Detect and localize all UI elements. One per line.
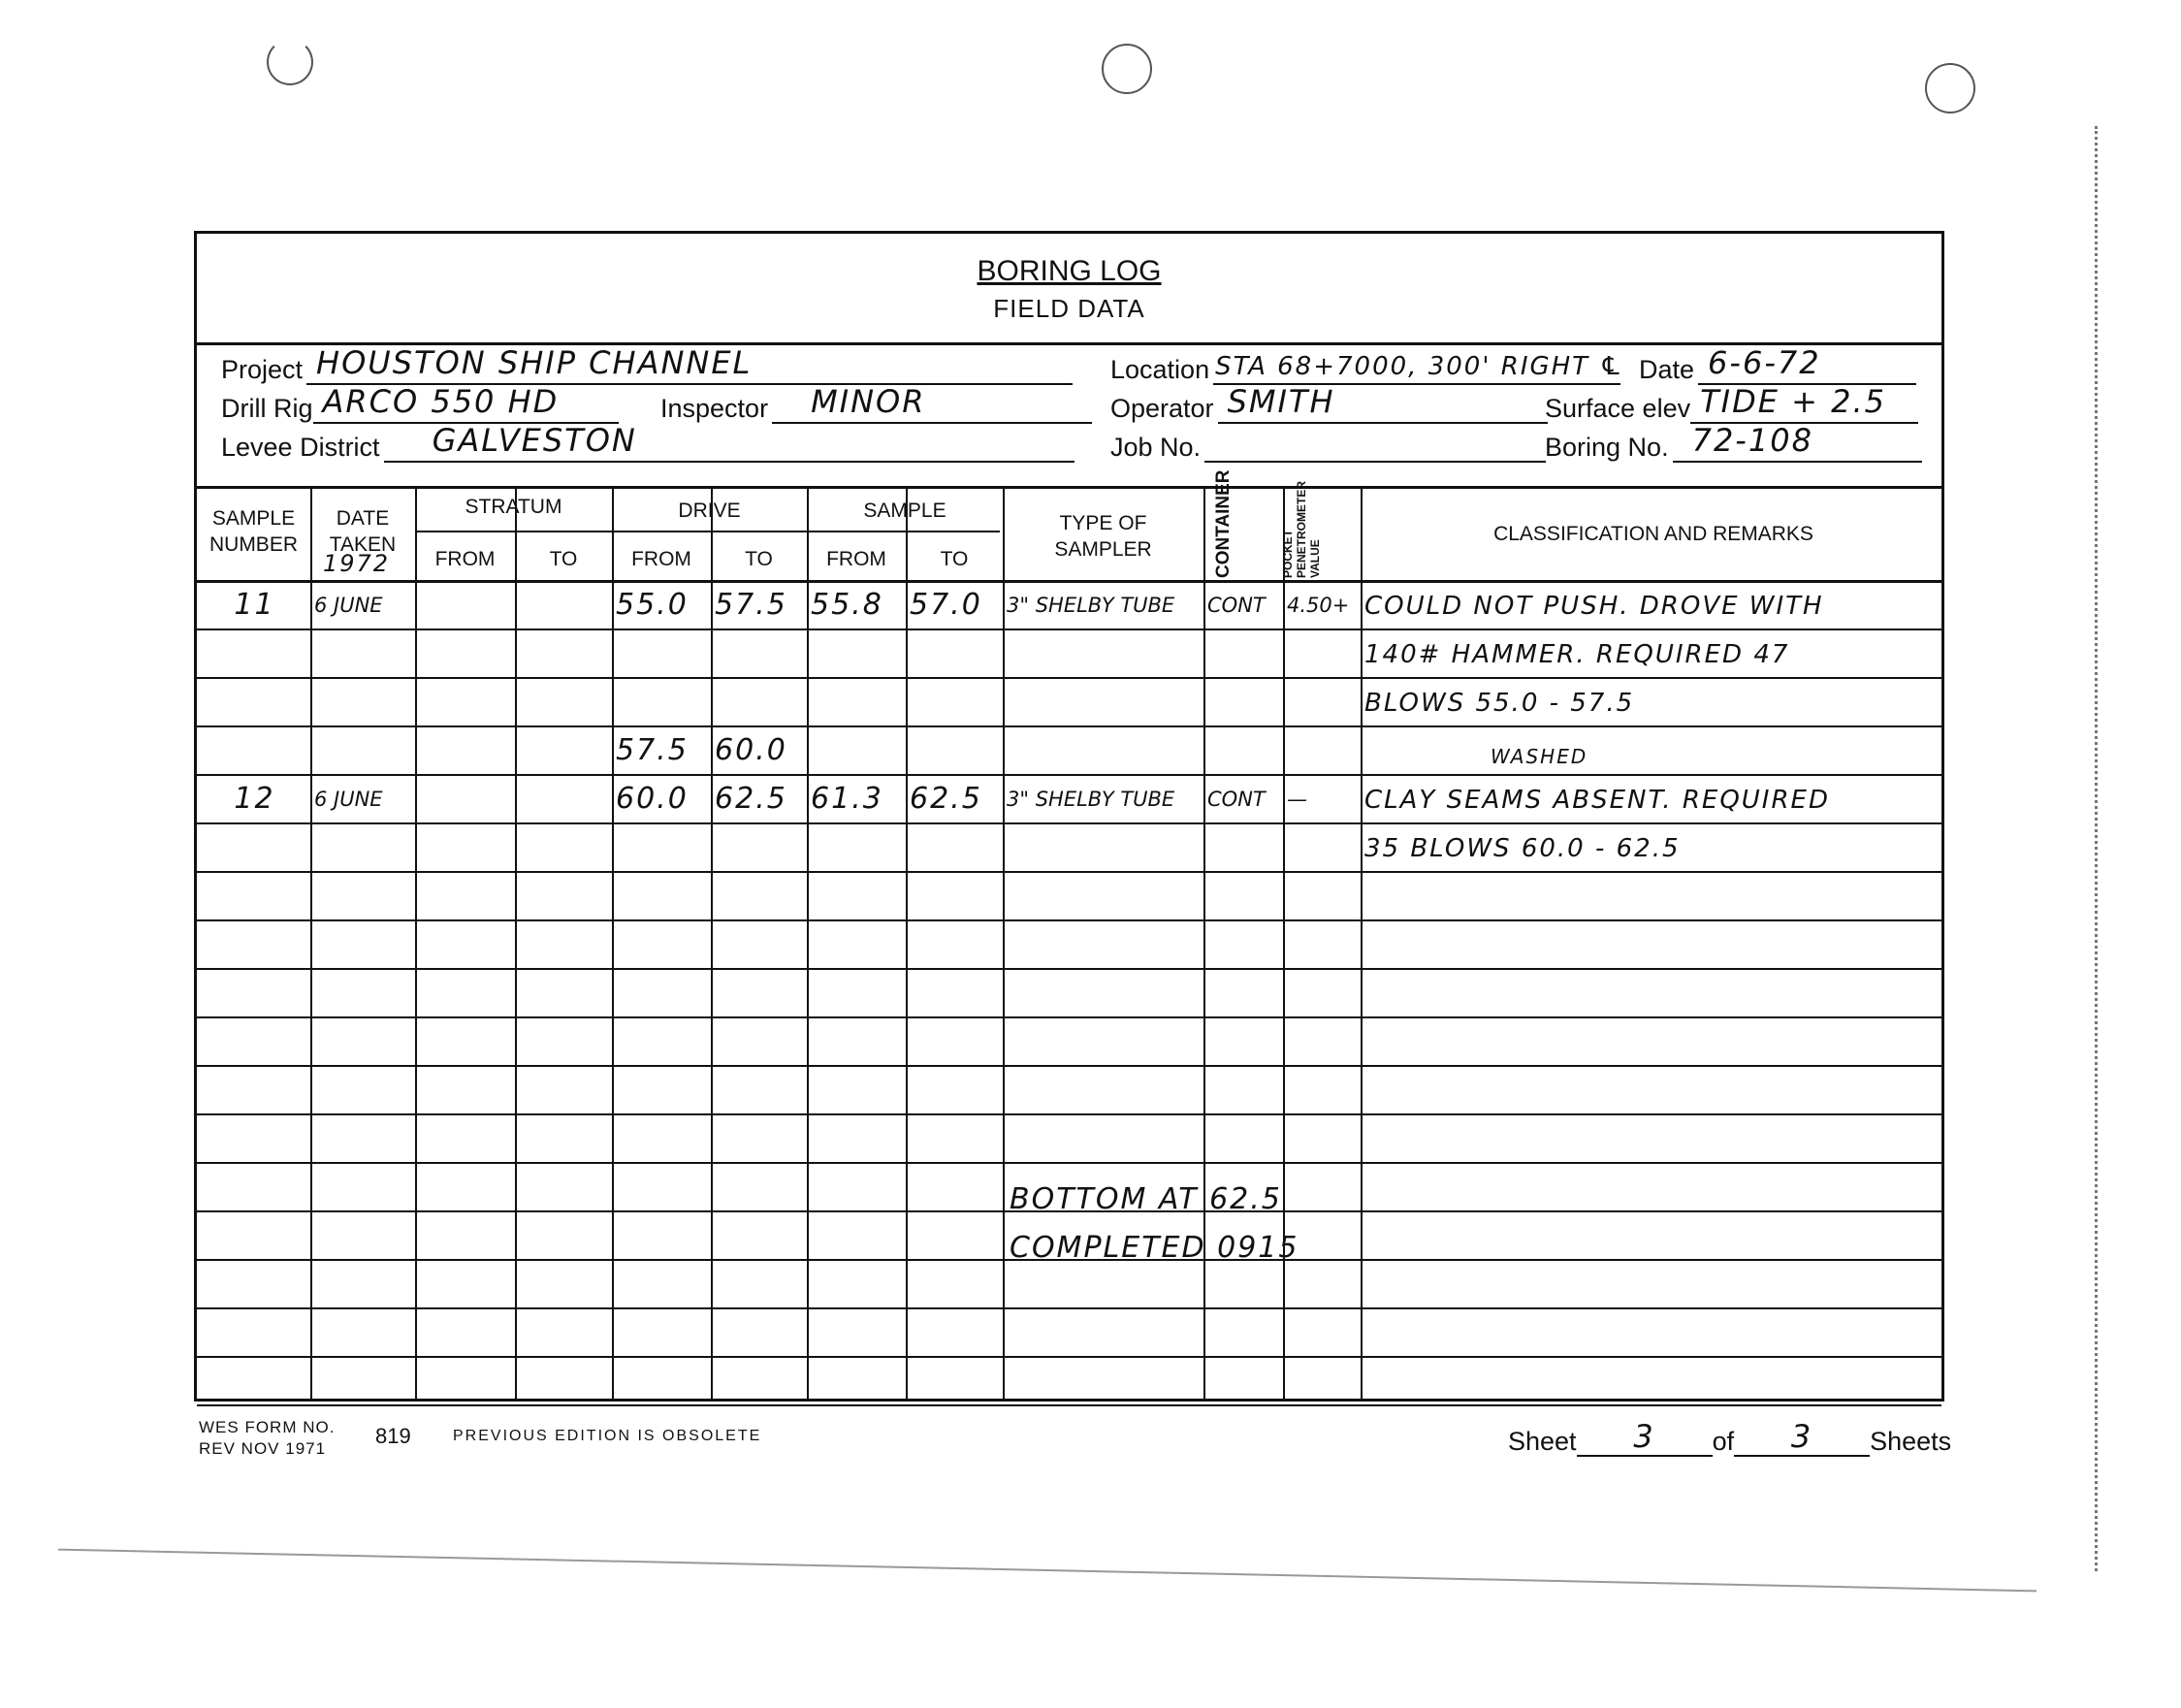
cell-remarks: COULD NOT PUSH. DROVE WITH	[1364, 592, 1942, 621]
cell-remarks: BLOWS 55.0 - 57.5	[1364, 689, 1942, 718]
project-field[interactable]: Project HOUSTON SHIP CHANNEL	[221, 352, 1073, 385]
cell-drive-from: 60.0	[616, 782, 709, 816]
note-bottom: BOTTOM AT 62.5	[1010, 1182, 1282, 1216]
table-row	[197, 968, 1941, 1016]
sheet-number[interactable]: 3	[1577, 1418, 1713, 1457]
header-stratum-to: TO	[515, 546, 612, 572]
cell-drive-to: 62.5	[715, 782, 805, 816]
row-divider	[197, 725, 1941, 727]
header-drive-from: FROM	[612, 546, 711, 572]
header-sample: SAMPLE	[807, 498, 1003, 524]
levee-district-label: Levee District	[221, 433, 380, 463]
row-divider	[197, 1162, 1941, 1164]
punch-hole-3	[267, 39, 313, 85]
location-field[interactable]: Location STA 68+7000, 300' RIGHT ℄	[1110, 352, 1620, 385]
row-divider	[197, 1404, 1941, 1406]
surface-elev-label: Surface elev	[1545, 394, 1690, 424]
operator-field[interactable]: Operator SMITH	[1110, 391, 1548, 424]
header-fields: Project HOUSTON SHIP CHANNEL Location ST…	[197, 342, 1941, 489]
cell-remarks: 35 BLOWS 60.0 - 62.5	[1364, 834, 1942, 863]
column-divider	[807, 486, 809, 1399]
table-row: 140# HAMMER. REQUIRED 47	[197, 628, 1941, 677]
table-row: 35 BLOWS 60.0 - 62.5	[197, 822, 1941, 871]
column-divider	[1003, 486, 1005, 1399]
row-divider	[197, 628, 1941, 630]
form-number: 819	[375, 1424, 411, 1449]
boring-no-field[interactable]: Boring No. 72-108	[1545, 430, 1922, 463]
header-container: CONTAINER	[1213, 469, 1235, 578]
date-field[interactable]: Date 6-6-72	[1639, 352, 1916, 385]
cell-pocket: —	[1287, 788, 1359, 811]
table-row	[197, 871, 1941, 919]
table-row: 57.560.0WASHED	[197, 725, 1941, 774]
header-drive-to: TO	[711, 546, 807, 572]
cell-sample-no: 12	[201, 782, 308, 816]
row-divider	[197, 822, 1941, 824]
operator-label: Operator	[1110, 394, 1214, 424]
levee-district-value: GALVESTON	[433, 422, 637, 459]
date-label: Date	[1639, 355, 1694, 385]
form-no-label: WES FORM NO.	[199, 1418, 335, 1437]
inspector-label: Inspector	[660, 394, 768, 424]
column-divider	[711, 486, 713, 1399]
table-row	[197, 1016, 1941, 1065]
header-type-of-sampler: TYPE OF SAMPLER	[1003, 510, 1203, 563]
sheet-total[interactable]: 3	[1734, 1418, 1870, 1457]
header-pocket-penetrometer: POCKET PENETROMETER VALUE	[1281, 481, 1322, 578]
note-completed: COMPLETED 0915	[1010, 1231, 1299, 1265]
header-stratum: STRATUM	[415, 494, 612, 520]
row-divider	[197, 1356, 1941, 1358]
table-row: BLOWS 55.0 - 57.5	[197, 677, 1941, 725]
cell-sample-no: 11	[201, 588, 308, 622]
cell-drive-from: 57.5	[616, 733, 709, 767]
date-value: 6-6-72	[1708, 344, 1821, 381]
cell-container: CONT	[1207, 788, 1281, 811]
row-divider	[197, 1307, 1941, 1309]
column-divider	[1361, 486, 1363, 1399]
cell-drive-from: 55.0	[616, 588, 709, 622]
project-value: HOUSTON SHIP CHANNEL	[316, 344, 752, 381]
header-classification: CLASSIFICATION AND REMARKS	[1363, 521, 1944, 547]
location-value: STA 68+7000, 300' RIGHT ℄	[1215, 352, 1624, 381]
column-divider	[612, 486, 614, 1399]
column-divider	[310, 486, 312, 1399]
boring-no-label: Boring No.	[1545, 433, 1669, 463]
page-right-edge	[2095, 126, 2098, 1571]
drill-rig-value: ARCO 550 HD	[323, 383, 560, 420]
row-divider	[197, 919, 1941, 921]
header-sample-to: TO	[906, 546, 1003, 572]
form-subtitle: FIELD DATA	[197, 294, 1941, 324]
cell-sample-from: 61.3	[811, 782, 904, 816]
cell-drive-to: 57.5	[715, 588, 805, 622]
column-divider	[906, 486, 908, 1399]
cell-remarks: CLAY SEAMS ABSENT. REQUIRED	[1364, 786, 1942, 815]
header-stratum-from: FROM	[415, 546, 515, 572]
punch-hole-2	[1925, 63, 1975, 113]
header-date-year: 1972	[323, 550, 390, 577]
levee-district-field[interactable]: Levee District GALVESTON	[221, 430, 1074, 463]
cell-drive-to: 60.0	[715, 733, 805, 767]
project-label: Project	[221, 355, 303, 385]
form-revision: REV NOV 1971	[199, 1439, 326, 1459]
obsolete-notice: PREVIOUS EDITION IS OBSOLETE	[453, 1428, 761, 1445]
header-sample-from: FROM	[807, 546, 906, 572]
row-divider	[197, 580, 1941, 583]
job-no-field[interactable]: Job No.	[1110, 430, 1546, 463]
surface-elev-value: TIDE + 2.5	[1700, 383, 1886, 420]
boring-table: SAMPLE NUMBER DATE TAKEN 1972 STRATUM DR…	[197, 486, 1941, 1399]
location-label: Location	[1110, 355, 1209, 385]
drill-rig-label: Drill Rig	[221, 394, 313, 424]
page-bottom-edge	[58, 1462, 2037, 1593]
sheets-label: Sheets	[1870, 1427, 1951, 1457]
table-row: 126 JUNE60.062.561.362.53" SHELBY TUBECO…	[197, 774, 1941, 822]
table-row: 116 JUNE55.057.555.857.03" SHELBY TUBECO…	[197, 580, 1941, 628]
column-divider	[515, 486, 517, 1399]
form-title: BORING LOG	[197, 255, 1941, 288]
surface-elev-field[interactable]: Surface elev TIDE + 2.5	[1545, 391, 1918, 424]
cell-remarks: 140# HAMMER. REQUIRED 47	[1364, 640, 1942, 669]
job-no-label: Job No.	[1110, 433, 1201, 463]
boring-no-value: 72-108	[1692, 422, 1813, 459]
row-divider	[197, 1016, 1941, 1018]
cell-date: 6 JUNE	[314, 788, 413, 811]
punch-hole-1	[1102, 44, 1152, 94]
row-divider	[197, 1113, 1941, 1115]
cell-sample-to: 57.0	[910, 588, 1001, 622]
cell-sampler: 3" SHELBY TUBE	[1007, 594, 1202, 617]
inspector-value: MINOR	[811, 383, 925, 420]
cell-container: CONT	[1207, 594, 1281, 617]
row-divider	[197, 871, 1941, 873]
row-divider	[197, 968, 1941, 970]
column-divider	[415, 486, 417, 1399]
form-title-box: BORING LOG FIELD DATA	[197, 234, 1941, 345]
row-divider	[197, 1065, 1941, 1067]
operator-value: SMITH	[1228, 383, 1335, 420]
cell-pocket: 4.50+	[1287, 594, 1359, 617]
cell-remarks: WASHED	[1364, 745, 2069, 768]
row-divider	[197, 774, 1941, 776]
cell-sample-to: 62.5	[910, 782, 1001, 816]
drill-rig-field[interactable]: Drill Rig ARCO 550 HD	[221, 391, 619, 424]
header-sample-number: SAMPLE NUMBER	[197, 505, 310, 558]
of-label: of	[1713, 1427, 1735, 1457]
subheader-divider	[415, 531, 1000, 532]
boring-log-form: BORING LOG FIELD DATA Project HOUSTON SH…	[194, 231, 1944, 1402]
sheet-counter: Sheet 3 of 3 Sheets	[1508, 1418, 1951, 1457]
row-divider	[197, 677, 1941, 679]
table-row	[197, 919, 1941, 968]
form-footer: WES FORM NO. REV NOV 1971 819 PREVIOUS E…	[199, 1418, 1944, 1476]
header-drive: DRIVE	[612, 498, 807, 524]
cell-date: 6 JUNE	[314, 594, 413, 617]
inspector-field[interactable]: Inspector MINOR	[660, 391, 1092, 424]
cell-sample-from: 55.8	[811, 588, 904, 622]
cell-sampler: 3" SHELBY TUBE	[1007, 788, 1202, 811]
sheet-label: Sheet	[1508, 1427, 1577, 1457]
